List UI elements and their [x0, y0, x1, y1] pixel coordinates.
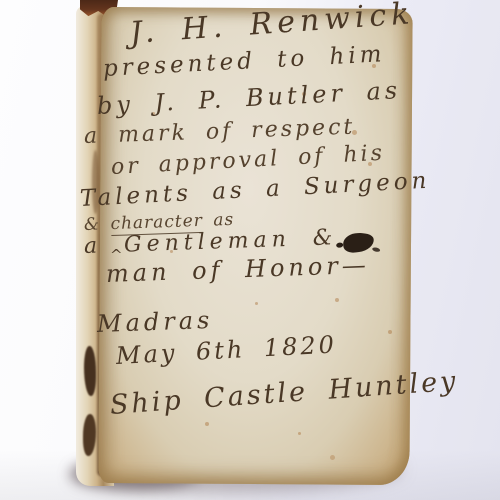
ampersand: & [84, 214, 111, 235]
line7-suffix: as [203, 210, 235, 231]
foxing-spot [330, 455, 335, 460]
foxing-spot [255, 302, 258, 305]
foxing-spot [335, 298, 339, 302]
inscription-line-madras: Madras [97, 306, 214, 338]
foxing-spot [205, 422, 209, 426]
foxing-spot [388, 330, 392, 334]
foxing-spot [298, 432, 301, 435]
spine-gouge [84, 346, 96, 396]
photo-backdrop: J. H. Renwick presented to him by J. P. … [0, 0, 500, 500]
